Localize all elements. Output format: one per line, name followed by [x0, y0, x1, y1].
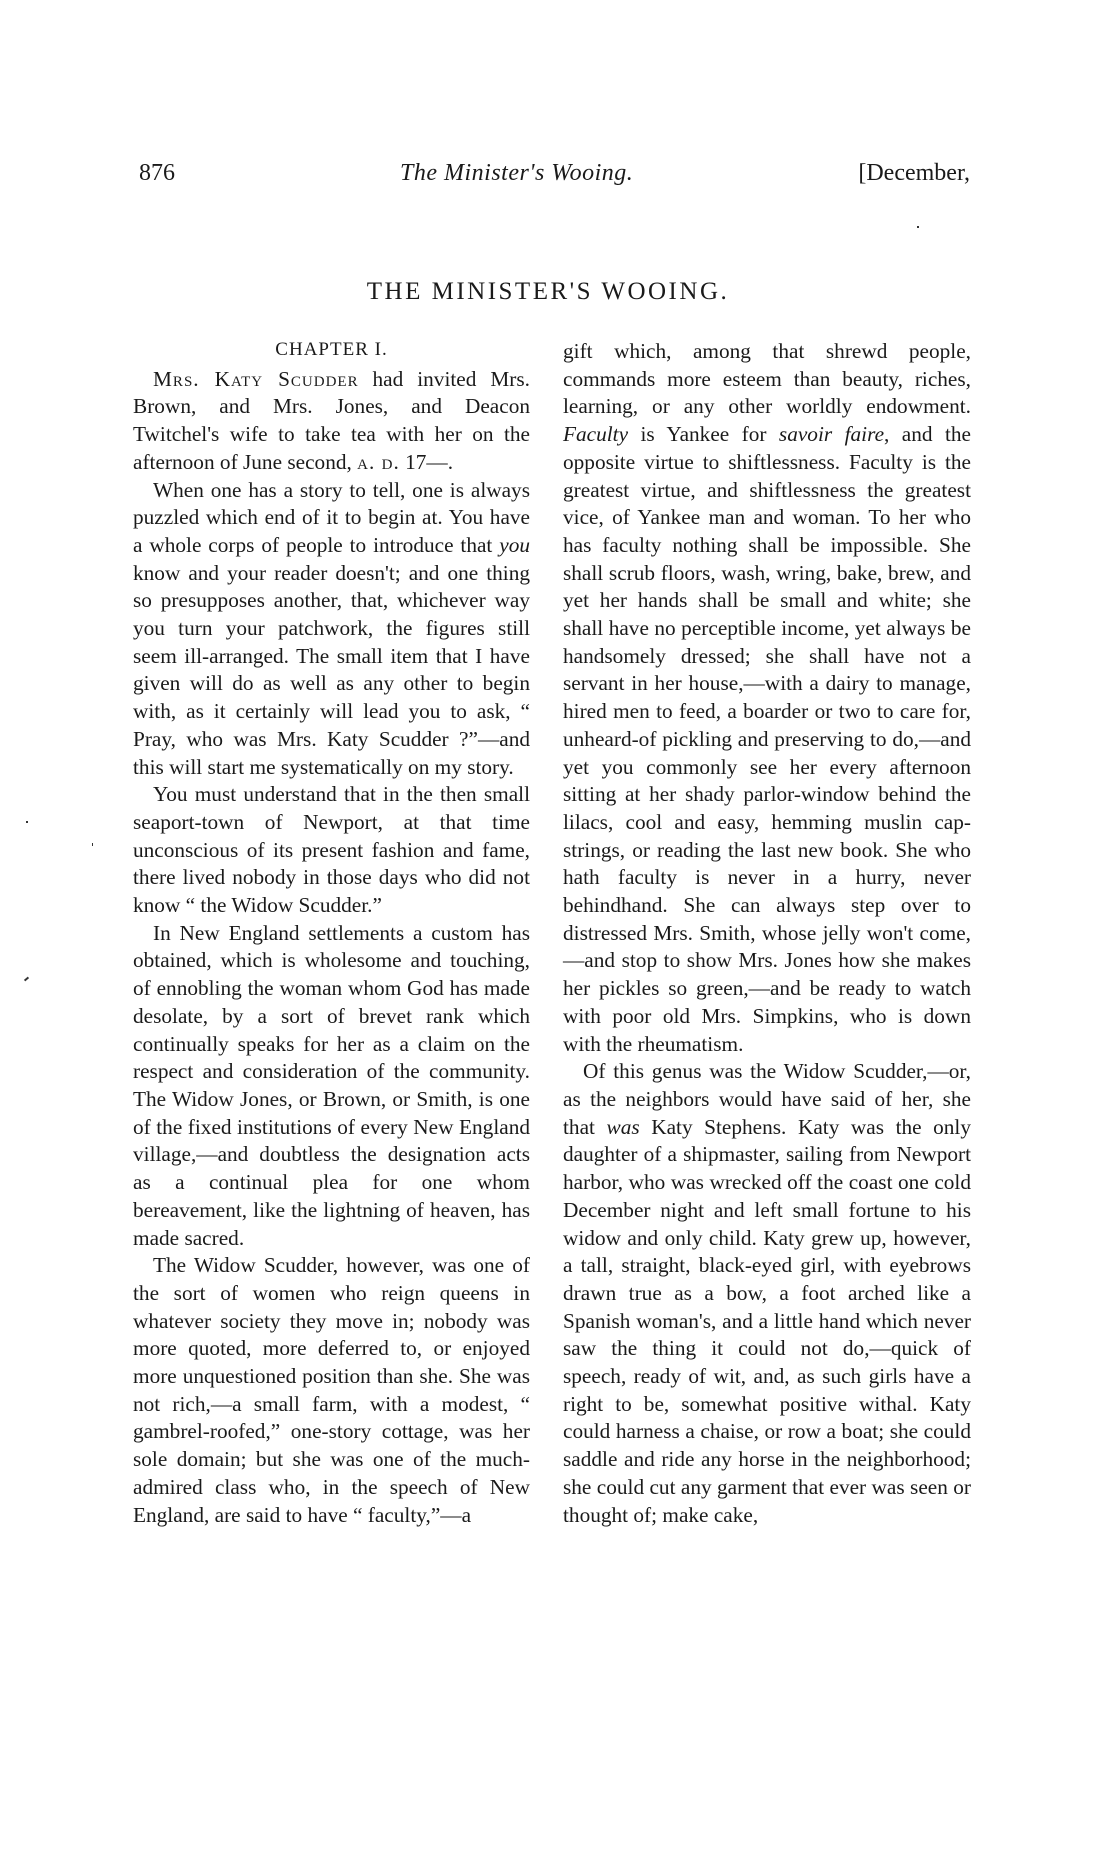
emphasis: Faculty — [563, 422, 628, 446]
right-column: gift which, among that shrewd people, co… — [563, 338, 971, 1529]
paragraph-continued: gift which, among that shrewd people, co… — [563, 338, 971, 1058]
page-number: 876 — [139, 160, 175, 187]
paragraph: In New England settlements a custom has … — [133, 920, 530, 1252]
chapter-heading: CHAPTER I. — [133, 336, 530, 364]
paragraph: Mrs. Katy Scudder had invited Mrs. Brown… — [133, 366, 530, 477]
scanned-page: 876 The Minister's Wooing. [December, TH… — [0, 0, 1096, 1875]
scan-speck — [24, 977, 29, 982]
paragraph: You must understand that in the then sma… — [133, 781, 530, 920]
emphasis: was — [607, 1115, 640, 1139]
paragraph: Of this genus was the Widow Scudder,—or,… — [563, 1058, 971, 1529]
running-header: 876 The Minister's Wooing. [December, — [0, 160, 1096, 196]
emphasis: you — [499, 533, 530, 557]
opening-name: Mrs. Katy Scudder — [153, 367, 359, 391]
paragraph: When one has a story to tell, one is alw… — [133, 477, 530, 782]
left-column: CHAPTER I. Mrs. Katy Scudder had invited… — [133, 336, 530, 1529]
running-title: The Minister's Wooing. — [400, 160, 633, 187]
emphasis: savoir faire — [779, 422, 884, 446]
scan-speck — [917, 226, 919, 228]
issue-month: [December, — [858, 160, 970, 187]
scan-speck — [92, 843, 93, 846]
scan-speck — [26, 821, 28, 823]
article-title: THE MINISTER'S WOOING. — [0, 278, 1096, 306]
paragraph: The Widow Scudder, however, was one of t… — [133, 1252, 530, 1529]
